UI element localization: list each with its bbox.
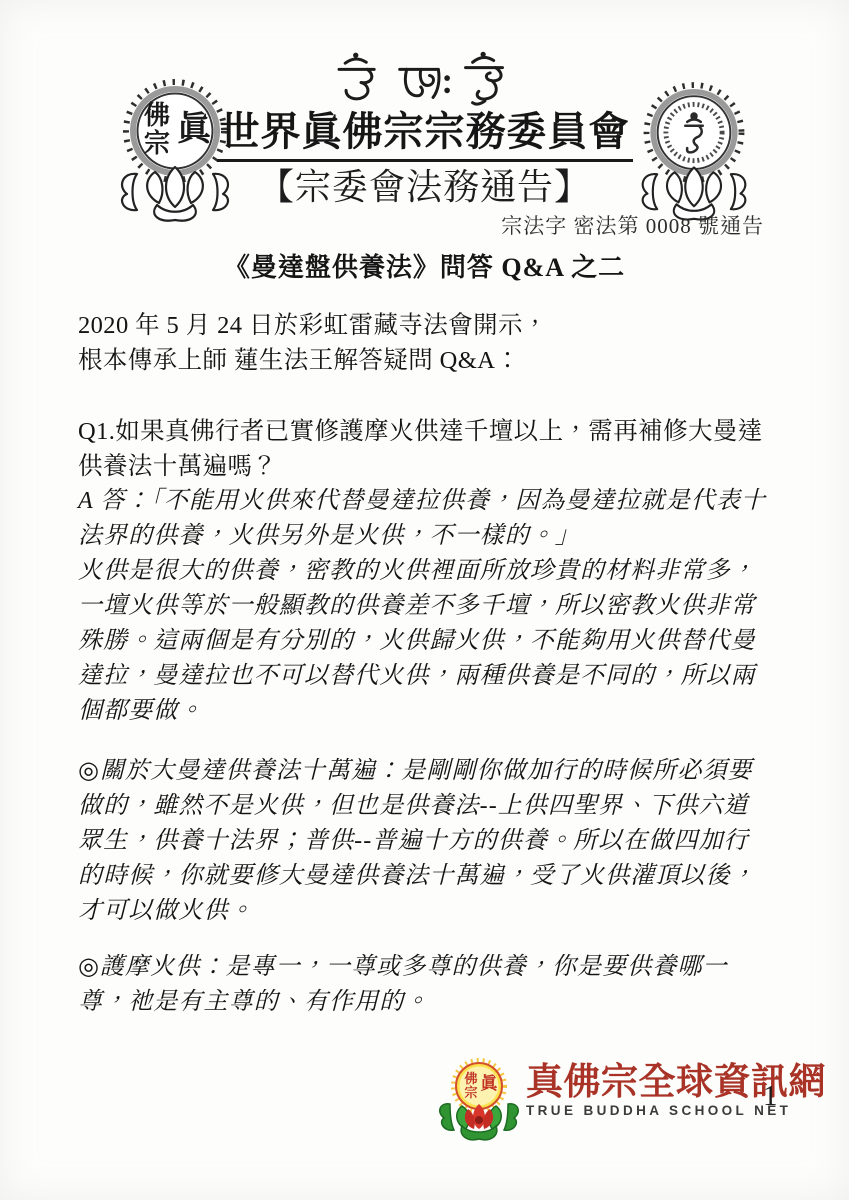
notice-reference-number: 宗法字 密法第 0008 號通告: [0, 210, 764, 240]
svg-text:宗: 宗: [464, 1085, 477, 1100]
body-line: 眾生，供養十法界；普供--普遍十方的供養。所以在做四加行: [78, 824, 784, 859]
body-line: 做的，雖然不是火供，但也是供養法--上供四聖界、下供六道: [78, 789, 784, 824]
notice-type-heading: 【宗委會法務通告】: [0, 166, 849, 208]
body-line: ◎關於大曼達供養法十萬遍：是剛剛你做加行的時候所必須要: [78, 754, 784, 789]
true-buddha-school-net-seal-icon: 佛 眞 宗: [436, 1056, 522, 1142]
body-line: 法界的供養，火供另外是火供，不一樣的。」: [78, 519, 784, 554]
scanned-notice-page: 佛 眞 宗: [0, 0, 849, 1200]
body-line: 供養法十萬遍嗎？: [78, 449, 784, 484]
body-line: A 答：「不能用火供來代替曼達拉供養，因為曼達拉就是代表十: [78, 484, 784, 519]
body-line: 達拉，曼達拉也不可以替代火供，兩種供養是不同的，所以兩: [78, 659, 784, 694]
body-line: 根本傳承上師 蓮生法王解答疑問 Q&A：: [78, 343, 784, 378]
body-line: ◎護摩火供：是專一，一尊或多尊的供養，你是要供養哪一: [78, 950, 784, 985]
title-underline: [217, 159, 633, 162]
page-number: 1: [763, 1080, 778, 1113]
site-name-chinese: 真佛宗全球資訊網: [526, 1064, 826, 1102]
organization-title: 世界眞佛宗宗務委員會: [0, 110, 849, 154]
intro-paragraph: 2020 年 5 月 24 日於彩虹雷藏寺法會開示， 根本傳承上師 蓮生法王解答…: [78, 308, 784, 378]
document-body: 2020 年 5 月 24 日於彩虹雷藏寺法會開示， 根本傳承上師 蓮生法王解答…: [78, 308, 784, 1020]
body-line: Q1.如果真佛行者已實修護摩火供達千壇以上，需再補修大曼達: [78, 414, 784, 449]
q1-paragraph: Q1.如果真佛行者已實修護摩火供達千壇以上，需再補修大曼達 供養法十萬遍嗎？ A…: [78, 414, 784, 729]
homa-fire-offering-paragraph: ◎護摩火供：是專一，一尊或多尊的供養，你是要供養哪一 尊，祂是有主尊的、有作用的…: [78, 950, 784, 1020]
site-name-english: TRUE BUDDHA SCHOOL NET: [526, 1103, 826, 1118]
body-line: 殊勝。這兩個是有分別的，火供歸火供，不能夠用火供替代曼: [78, 624, 784, 659]
document-title: 《曼達盤供養法》問答 Q&A 之二: [0, 247, 849, 284]
body-line: 2020 年 5 月 24 日於彩虹雷藏寺法會開示，: [78, 308, 784, 343]
tibetan-mantra-om-ah-hum: ཨོཾ ཨཱཿ ཧཱུྃ: [0, 50, 849, 110]
body-line: 火供是很大的供養，密教的火供裡面所放珍貴的材料非常多，: [78, 554, 784, 589]
body-line: 尊，祂是有主尊的、有作用的。: [78, 985, 784, 1020]
svg-text:眞: 眞: [481, 1074, 499, 1093]
mandala-offering-paragraph: ◎關於大曼達供養法十萬遍：是剛剛你做加行的時候所必須要 做的，雖然不是火供，但也…: [78, 754, 784, 929]
body-line: 才可以做火供。: [78, 894, 784, 929]
header: ཨོཾ ཨཱཿ ཧཱུྃ: [0, 50, 849, 208]
svg-text:佛: 佛: [463, 1071, 477, 1086]
body-line: 個都要做。: [78, 694, 784, 729]
body-line: 一壇火供等於一般顯教的供養差不多千壇，所以密教火供非常: [78, 589, 784, 624]
body-line: 的時候，你就要修大曼達供養法十萬遍，受了火供灌頂以後，: [78, 859, 784, 894]
